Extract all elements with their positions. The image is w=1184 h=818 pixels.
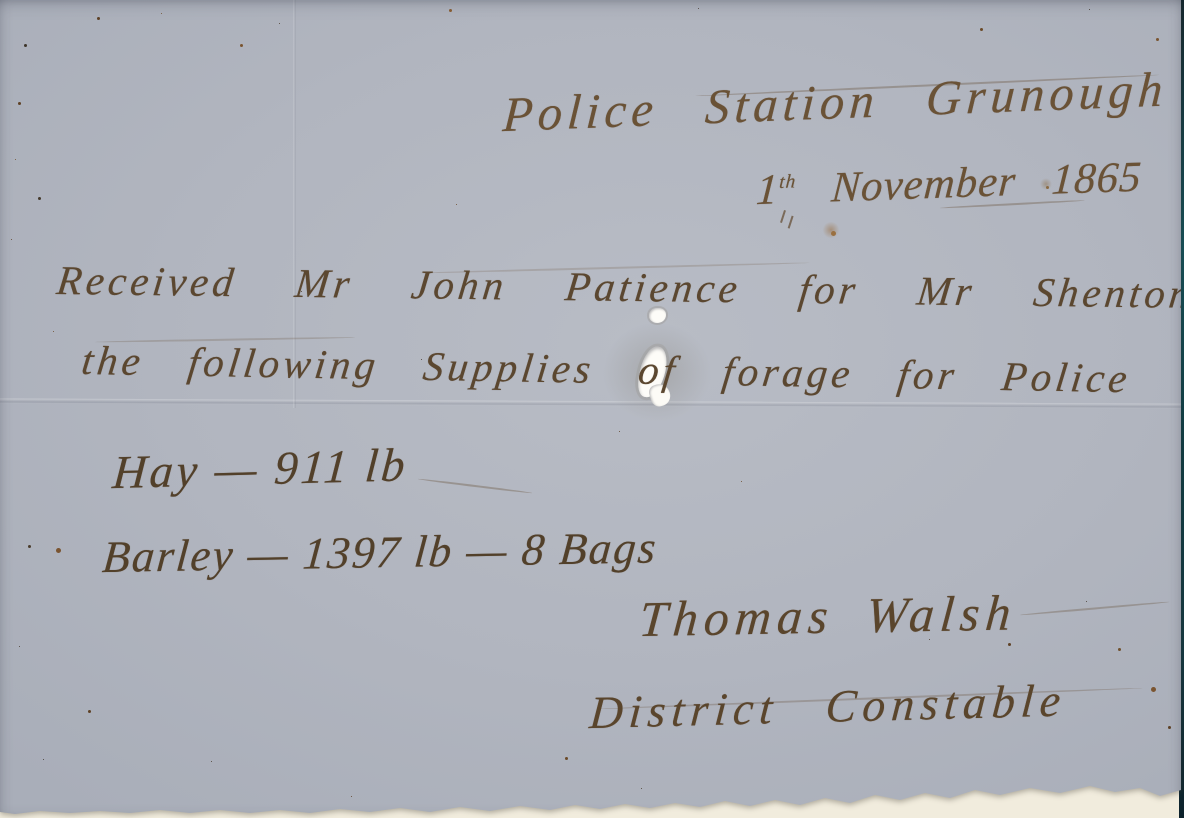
date-line: 1th November 1865 <box>755 153 1144 216</box>
place-line: Police Station Grunough <box>501 60 1169 143</box>
date-day: 1 <box>755 166 781 214</box>
document-scan: Police Station Grunough 1th November 186… <box>0 0 1184 818</box>
item-line-hay: Hay — 911 lb <box>111 438 410 500</box>
paper-sheet: Police Station Grunough 1th November 186… <box>0 0 1181 818</box>
paper-wrap: Police Station Grunough 1th November 186… <box>0 0 1184 818</box>
received-line: Received Mr John Patience for Mr Shenton <box>54 256 1184 318</box>
date-rest: November 1865 <box>830 154 1144 212</box>
supplies-line: the following Supplies of forage for Pol… <box>79 336 1134 402</box>
ink-flourish-hay <box>418 478 532 494</box>
item-line-barley: Barley — 1397 lb — 8 Bags <box>100 521 659 583</box>
foxing-spots <box>0 0 3 3</box>
signature-title: District Constable <box>588 674 1069 740</box>
ink-flourish-signature <box>1020 601 1170 616</box>
date-suffix: th <box>779 171 798 193</box>
ink-smudge <box>822 222 840 238</box>
signature-name: Thomas Walsh <box>637 583 1019 648</box>
